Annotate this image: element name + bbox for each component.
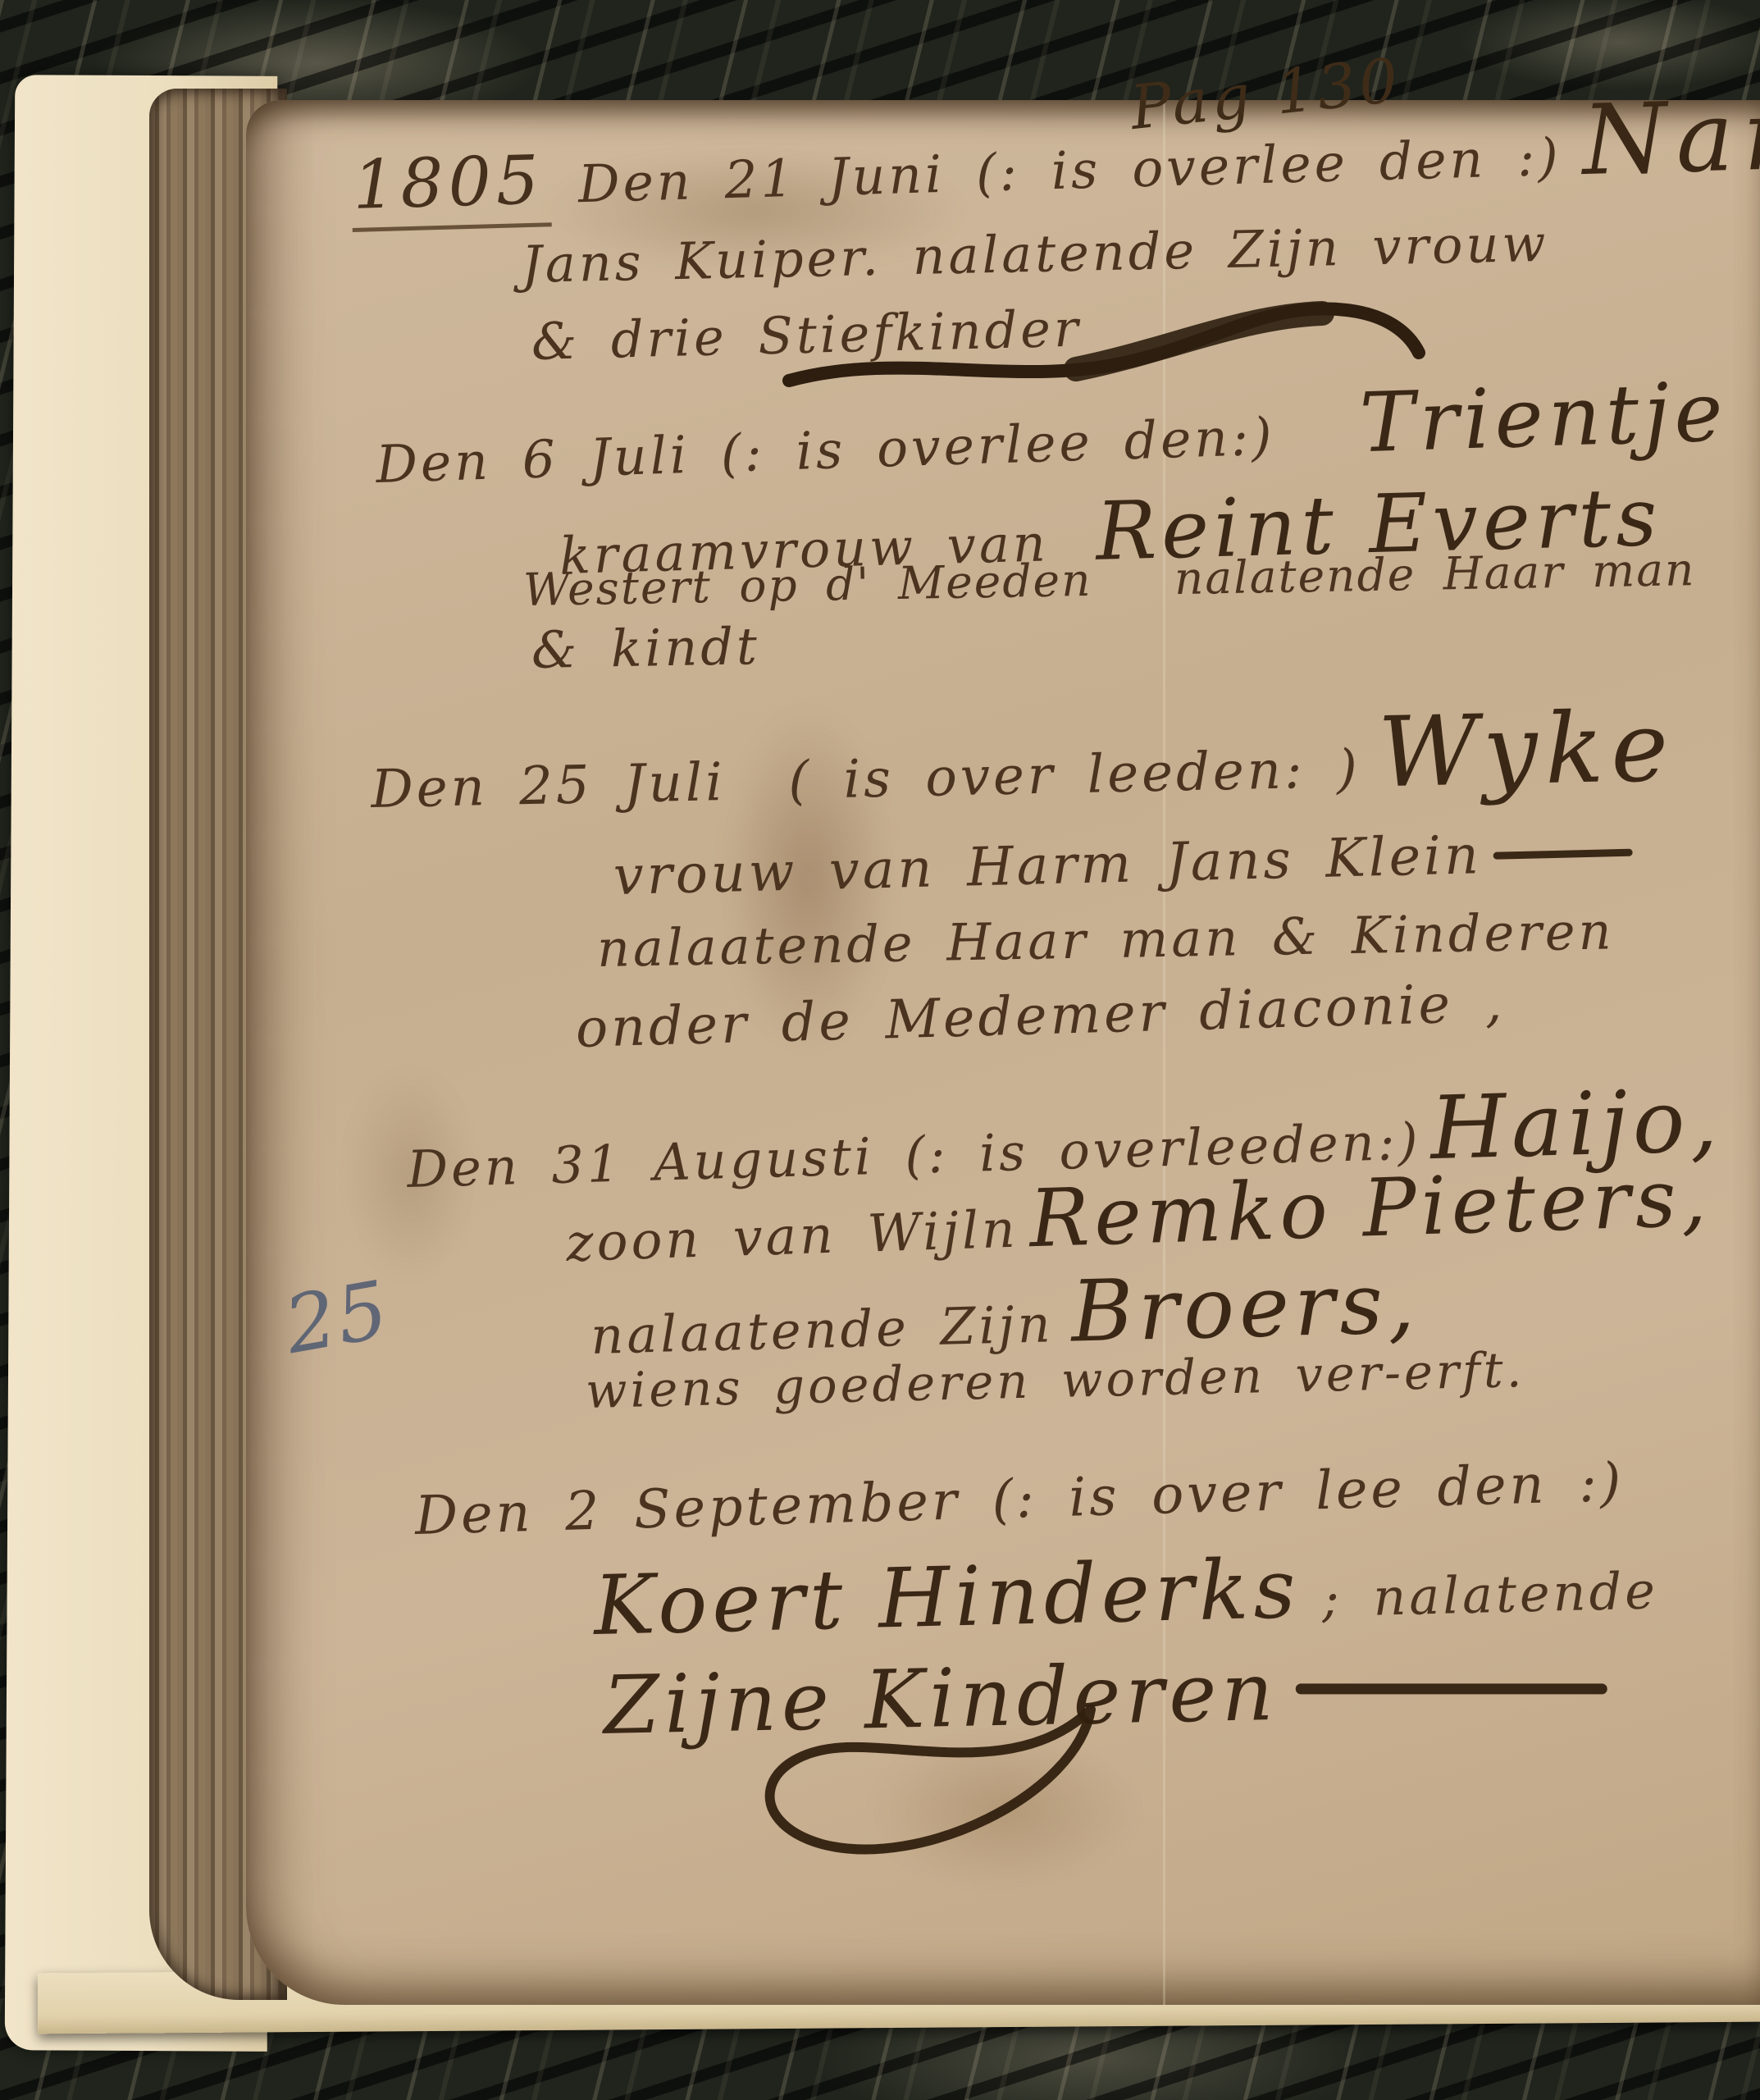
entry-5-line-1: Den 2 September (: is over lee den :) (414, 1454, 1625, 1545)
entry-text: onder de Medemer diaconie , (575, 975, 1506, 1058)
ink-dash (1296, 1684, 1607, 1695)
entry-text: Den 2 September (: is over lee den :) (414, 1454, 1625, 1545)
deceased-name: Wyke (1377, 695, 1676, 806)
year-label: 1805 (350, 144, 551, 231)
entry-3-line-2: vrouw van Harm Jans Klein (613, 824, 1633, 906)
manuscript-scan: Pag 130 1805Den 21 Juni (: is overlee de… (0, 0, 1760, 2100)
entry-text: & kindt (531, 619, 760, 678)
ink-flourish-loop (705, 1696, 1165, 1910)
entry-text: nalaatende Haar man & Kinderen (596, 904, 1615, 977)
deceased-name: Nanno (1580, 78, 1760, 193)
entry-text: Den 21 Juni (: is overlee den :) (577, 130, 1562, 212)
entry-text: Den 25 Juli ( is over leeden: ) (371, 742, 1361, 819)
entry-3-line-3: nalaatende Haar man & Kinderen (596, 904, 1615, 977)
pencil-margin-note: 25 (278, 1263, 396, 1372)
entry-2-line-4: & kindt (531, 619, 760, 678)
entry-text: Jans Kuiper. nalatende Zijn vrouw (521, 217, 1549, 293)
entry-text: zoon van Wijln (565, 1202, 1019, 1271)
deceased-name: Koert Hinderks (593, 1545, 1302, 1650)
father-name: Remko Pieters, (1028, 1155, 1712, 1262)
entry-text: Den 6 Juli (: is overlee den:) (375, 409, 1275, 493)
entry-3-line-1: Den 25 Juli ( is over leeden: )Wyke (370, 695, 1677, 827)
entry-text: ; nalatende (1321, 1564, 1659, 1627)
manuscript-page: Pag 130 1805Den 21 Juni (: is overlee de… (246, 100, 1760, 2005)
heirs-text: Broers, (1070, 1258, 1421, 1358)
entry-text: vrouw van Harm Jans Klein (613, 827, 1482, 906)
entry-3-line-4: onder de Medemer diaconie , (575, 975, 1506, 1058)
deceased-name: Trientje (1358, 367, 1729, 468)
ink-dash (1493, 848, 1633, 859)
entry-1-line-1: 1805Den 21 Juni (: is overlee den :)Nann… (349, 78, 1760, 231)
entry-5-line-2: Koert Hinderks; nalatende (593, 1536, 1659, 1650)
entry-1-line-2: Jans Kuiper. nalatende Zijn vrouw (521, 217, 1549, 293)
